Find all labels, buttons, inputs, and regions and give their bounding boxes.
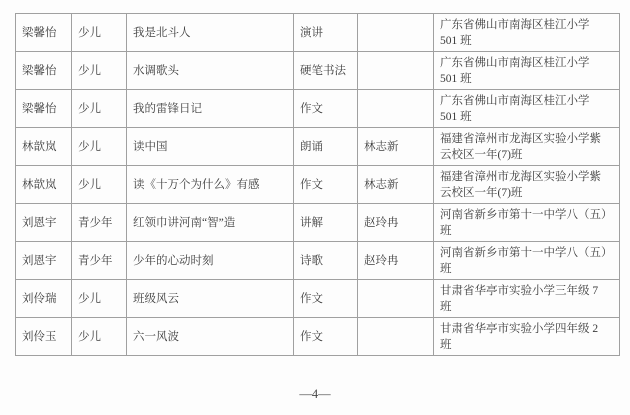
cell-category: 讲解 [294, 204, 358, 242]
school-line-2: 云校区一年(7)班 [440, 147, 613, 163]
cell-school: 广东省佛山市南海区桂江小学 501 班 [434, 52, 620, 90]
category-label: 作文 [300, 177, 351, 193]
cell-name: 刘恩宇 [16, 204, 72, 242]
age-group-label: 少儿 [78, 177, 120, 193]
cell-instructor [358, 52, 434, 90]
cell-work-title: 我是北斗人 [127, 14, 294, 52]
school-line-2: 501 班 [440, 71, 613, 87]
cell-school: 福建省漳州市龙海区实验小学紫 云校区一年(7)班 [434, 166, 620, 204]
cell-instructor [358, 14, 434, 52]
cell-work-title: 我的雷锋日记 [127, 90, 294, 128]
cell-age-group: 青少年 [72, 204, 127, 242]
category-label: 诗歌 [300, 253, 351, 269]
cell-instructor: 林志新 [358, 128, 434, 166]
cell-school: 广东省佛山市南海区桂江小学 501 班 [434, 90, 620, 128]
school-line-2: 云校区一年(7)班 [440, 185, 613, 201]
work-title-label: 六一风波 [133, 329, 287, 345]
work-title-label: 少年的心动时刻 [133, 253, 287, 269]
age-group-label: 少儿 [78, 25, 120, 41]
school-line-1: 甘肃省华亭市实验小学三年级 7 [440, 283, 613, 299]
cell-category: 演讲 [294, 14, 358, 52]
category-label: 朗诵 [300, 139, 351, 155]
cell-work-title: 六一风波 [127, 318, 294, 356]
cell-name: 刘恩宇 [16, 242, 72, 280]
school-line-2: 班 [440, 337, 613, 353]
age-group-label: 青少年 [78, 253, 120, 269]
cell-category: 作文 [294, 318, 358, 356]
school-line-1: 甘肃省华亭市实验小学四年级 2 [440, 321, 613, 337]
document-page: 梁馨怡 少儿 我是北斗人 演讲 广东省佛山市南海区桂江小学 501 班 梁馨怡 … [0, 0, 630, 415]
cell-work-title: 班级风云 [127, 280, 294, 318]
table-row: 刘伶瑞 少儿 班级风云 作文 甘肃省华亭市实验小学三年级 7 班 [16, 280, 620, 318]
cell-category: 作文 [294, 90, 358, 128]
school-line-1: 广东省佛山市南海区桂江小学 [440, 17, 613, 33]
table-row: 梁馨怡 少儿 水调歌头 硬笔书法 广东省佛山市南海区桂江小学 501 班 [16, 52, 620, 90]
instructor-label: 赵玲冉 [364, 253, 427, 269]
age-group-label: 少儿 [78, 329, 120, 345]
age-group-label: 少儿 [78, 101, 120, 117]
results-table: 梁馨怡 少儿 我是北斗人 演讲 广东省佛山市南海区桂江小学 501 班 梁馨怡 … [15, 13, 620, 356]
cell-instructor: 林志新 [358, 166, 434, 204]
cell-age-group: 少儿 [72, 318, 127, 356]
cell-school: 福建省漳州市龙海区实验小学紫 云校区一年(7)班 [434, 128, 620, 166]
category-label: 作文 [300, 291, 351, 307]
cell-instructor: 赵玲冉 [358, 204, 434, 242]
table-row: 梁馨怡 少儿 我是北斗人 演讲 广东省佛山市南海区桂江小学 501 班 [16, 14, 620, 52]
school-line-1: 河南省新乡市第十一中学八（五） [440, 207, 613, 223]
cell-category: 硬笔书法 [294, 52, 358, 90]
school-line-1: 福建省漳州市龙海区实验小学紫 [440, 169, 613, 185]
cell-work-title: 读中国 [127, 128, 294, 166]
entrant-name: 刘恩宇 [22, 253, 65, 269]
cell-work-title: 读《十万个为什么》有感 [127, 166, 294, 204]
category-label: 演讲 [300, 25, 351, 41]
entrant-name: 梁馨怡 [22, 25, 65, 41]
cell-school: 河南省新乡市第十一中学八（五） 班 [434, 204, 620, 242]
cell-instructor: 赵玲冉 [358, 242, 434, 280]
cell-name: 梁馨怡 [16, 14, 72, 52]
age-group-label: 青少年 [78, 215, 120, 231]
cell-category: 朗诵 [294, 128, 358, 166]
cell-age-group: 少儿 [72, 128, 127, 166]
category-label: 讲解 [300, 215, 351, 231]
cell-name: 林歆岚 [16, 166, 72, 204]
entrant-name: 林歆岚 [22, 177, 65, 193]
cell-work-title: 少年的心动时刻 [127, 242, 294, 280]
cell-school: 甘肃省华亭市实验小学三年级 7 班 [434, 280, 620, 318]
work-title-label: 读《十万个为什么》有感 [133, 177, 287, 193]
work-title-label: 我的雷锋日记 [133, 101, 287, 117]
school-line-1: 福建省漳州市龙海区实验小学紫 [440, 131, 613, 147]
entrant-name: 梁馨怡 [22, 101, 65, 117]
instructor-label: 林志新 [364, 177, 427, 193]
cell-name: 刘伶瑞 [16, 280, 72, 318]
cell-name: 梁馨怡 [16, 52, 72, 90]
table-row: 刘伶玉 少儿 六一风波 作文 甘肃省华亭市实验小学四年级 2 班 [16, 318, 620, 356]
category-label: 作文 [300, 101, 351, 117]
work-title-label: 我是北斗人 [133, 25, 287, 41]
cell-school: 广东省佛山市南海区桂江小学 501 班 [434, 14, 620, 52]
work-title-label: 读中国 [133, 139, 287, 155]
cell-age-group: 少儿 [72, 14, 127, 52]
cell-name: 刘伶玉 [16, 318, 72, 356]
cell-category: 作文 [294, 280, 358, 318]
work-title-label: 水调歌头 [133, 63, 287, 79]
cell-age-group: 少儿 [72, 280, 127, 318]
school-line-2: 班 [440, 223, 613, 239]
table-body: 梁馨怡 少儿 我是北斗人 演讲 广东省佛山市南海区桂江小学 501 班 梁馨怡 … [16, 14, 620, 356]
table-row: 刘恩宇 青少年 红领巾讲河南“智”造 讲解 赵玲冉 河南省新乡市第十一中学八（五… [16, 204, 620, 242]
work-title-label: 红领巾讲河南“智”造 [133, 215, 287, 231]
age-group-label: 少儿 [78, 63, 120, 79]
table-row: 梁馨怡 少儿 我的雷锋日记 作文 广东省佛山市南海区桂江小学 501 班 [16, 90, 620, 128]
age-group-label: 少儿 [78, 139, 120, 155]
cell-work-title: 红领巾讲河南“智”造 [127, 204, 294, 242]
table-row: 林歆岚 少儿 读《十万个为什么》有感 作文 林志新 福建省漳州市龙海区实验小学紫… [16, 166, 620, 204]
entrant-name: 林歆岚 [22, 139, 65, 155]
cell-instructor [358, 280, 434, 318]
entrant-name: 刘伶瑞 [22, 291, 65, 307]
cell-name: 林歆岚 [16, 128, 72, 166]
cell-work-title: 水调歌头 [127, 52, 294, 90]
entrant-name: 刘伶玉 [22, 329, 65, 345]
work-title-label: 班级风云 [133, 291, 287, 307]
cell-school: 河南省新乡市第十一中学八（五） 班 [434, 242, 620, 280]
page-footer: —4— [0, 387, 630, 402]
age-group-label: 少儿 [78, 291, 120, 307]
school-line-1: 河南省新乡市第十一中学八（五） [440, 245, 613, 261]
page-number: —4— [299, 387, 330, 401]
cell-age-group: 少儿 [72, 166, 127, 204]
cell-age-group: 青少年 [72, 242, 127, 280]
instructor-label: 赵玲冉 [364, 215, 427, 231]
school-line-1: 广东省佛山市南海区桂江小学 [440, 55, 613, 71]
cell-instructor [358, 318, 434, 356]
school-line-2: 班 [440, 261, 613, 277]
school-line-2: 班 [440, 299, 613, 315]
school-line-2: 501 班 [440, 33, 613, 49]
school-line-1: 广东省佛山市南海区桂江小学 [440, 93, 613, 109]
cell-name: 梁馨怡 [16, 90, 72, 128]
cell-age-group: 少儿 [72, 90, 127, 128]
category-label: 硬笔书法 [300, 63, 351, 79]
cell-school: 甘肃省华亭市实验小学四年级 2 班 [434, 318, 620, 356]
cell-age-group: 少儿 [72, 52, 127, 90]
table-row: 林歆岚 少儿 读中国 朗诵 林志新 福建省漳州市龙海区实验小学紫 云校区一年(7… [16, 128, 620, 166]
entrant-name: 刘恩宇 [22, 215, 65, 231]
cell-category: 作文 [294, 166, 358, 204]
cell-instructor [358, 90, 434, 128]
instructor-label: 林志新 [364, 139, 427, 155]
entrant-name: 梁馨怡 [22, 63, 65, 79]
school-line-2: 501 班 [440, 109, 613, 125]
table-row: 刘恩宇 青少年 少年的心动时刻 诗歌 赵玲冉 河南省新乡市第十一中学八（五） 班 [16, 242, 620, 280]
category-label: 作文 [300, 329, 351, 345]
cell-category: 诗歌 [294, 242, 358, 280]
